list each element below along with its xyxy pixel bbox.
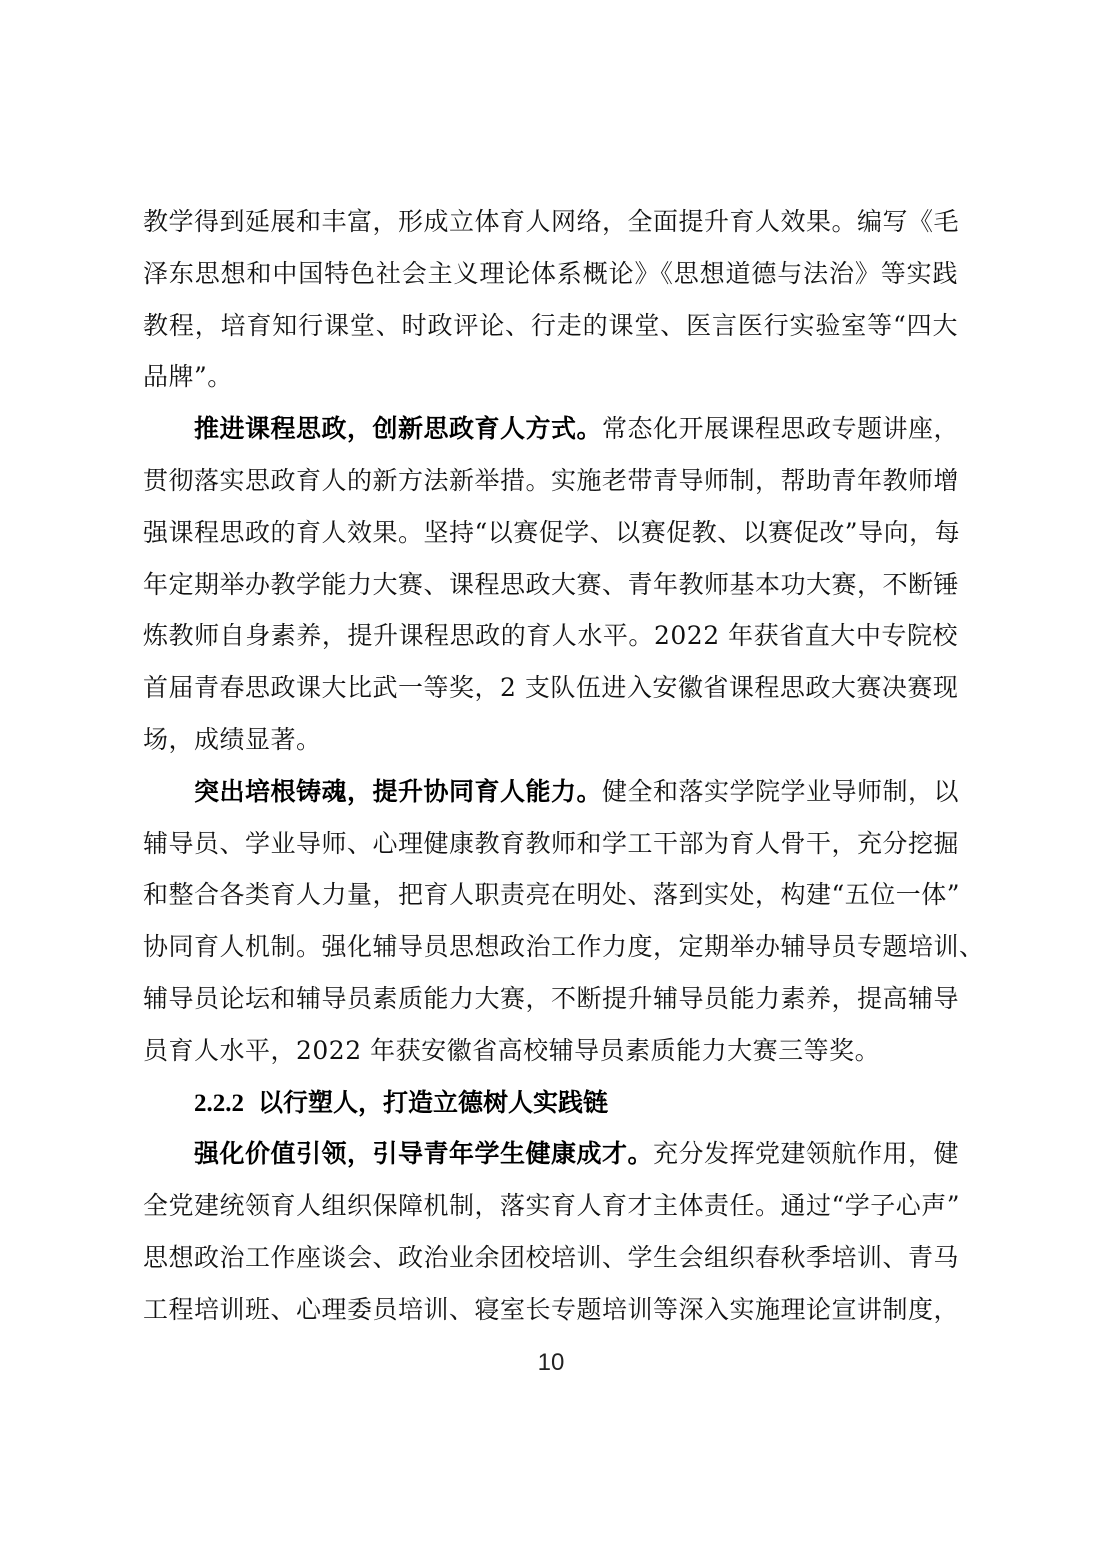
text-line: 全党建统领育人组织保障机制，落实育人育才主体责任。通过“学子心声” — [143, 1180, 958, 1232]
paragraph-value-guidance: 强化价值引领，引导青年学生健康成才。充分发挥党建领航作用，健 全党建统领育人组织… — [143, 1128, 958, 1335]
paragraph-text: 常态化开展课程思政专题讲座， — [602, 414, 959, 443]
text-line: 泽东思想和中国特色社会主义理论体系概论》《思想道德与法治》等实践 — [143, 248, 958, 300]
document-page: 教学得到延展和丰富，形成立体育人网络，全面提升育人效果。编写《毛 泽东思想和中国… — [0, 0, 1102, 1559]
text-line: 强课程思政的育人效果。坚持“以赛促学、以赛促教、以赛促改”导向，每 — [143, 507, 958, 559]
text-line: 辅导员论坛和辅导员素质能力大赛，不断提升辅导员能力素养，提高辅导 — [143, 973, 958, 1025]
text-line: 工程培训班、心理委员培训、寝室长专题培训等深入实施理论宣讲制度， — [143, 1284, 958, 1336]
section-number: 2.2.2 — [194, 1090, 244, 1117]
body-text: 教学得到延展和丰富，形成立体育人网络，全面提升育人效果。编写《毛 泽东思想和中国… — [143, 196, 958, 1336]
text-line: 教程，培育知行课堂、时政评论、行走的课堂、医言医行实验室等“四大 — [143, 300, 958, 352]
paragraph-text: 充分发挥党建领航作用，健 — [653, 1139, 959, 1168]
text-line: 突出培根铸魂，提升协同育人能力。健全和落实学院学业导师制，以 — [143, 766, 958, 818]
paragraph-lead: 突出培根铸魂，提升协同育人能力。 — [194, 777, 602, 806]
text-line: 辅导员、学业导师、心理健康教育教师和学工干部为育人骨干，充分挖掘 — [143, 818, 958, 870]
text-line: 推进课程思政，创新思政育人方式。常态化开展课程思政专题讲座， — [143, 403, 958, 455]
text-line: 首届青春思政课大比武一等奖，2 支队伍进入安徽省课程思政大赛决赛现 — [143, 662, 958, 714]
section-heading: 2.2.2以行塑人，打造立德树人实践链 — [143, 1077, 958, 1129]
paragraph-collaborative-education: 突出培根铸魂，提升协同育人能力。健全和落实学院学业导师制，以 辅导员、学业导师、… — [143, 766, 958, 1077]
text-line: 协同育人机制。强化辅导员思想政治工作力度，定期举办辅导员专题培训、 — [143, 921, 958, 973]
page-number: 10 — [0, 1346, 1102, 1380]
text-line: 炼教师自身素养，提升课程思政的育人水平。2022 年获省直大中专院校 — [143, 610, 958, 662]
text-line: 和整合各类育人力量，把育人职责亮在明处、落到实处，构建“五位一体” — [143, 869, 958, 921]
paragraph-lead: 强化价值引领，引导青年学生健康成才。 — [194, 1139, 653, 1168]
paragraph-course-ideology: 推进课程思政，创新思政育人方式。常态化开展课程思政专题讲座， 贯彻落实思政育人的… — [143, 403, 958, 766]
text-line: 思想政治工作座谈会、政治业余团校培训、学生会组织春秋季培训、青马 — [143, 1232, 958, 1284]
text-line: 品牌”。 — [143, 351, 958, 403]
text-line: 员育人水平，2022 年获安徽省高校辅导员素质能力大赛三等奖。 — [143, 1025, 958, 1077]
paragraph-lead: 推进课程思政，创新思政育人方式。 — [194, 414, 602, 443]
text-line: 贯彻落实思政育人的新方法新举措。实施老带青导师制，帮助青年教师增 — [143, 455, 958, 507]
paragraph-continued: 教学得到延展和丰富，形成立体育人网络，全面提升育人效果。编写《毛 泽东思想和中国… — [143, 196, 958, 403]
section-title: 以行塑人，打造立德树人实践链 — [258, 1088, 608, 1117]
text-line: 年定期举办教学能力大赛、课程思政大赛、青年教师基本功大赛，不断锤 — [143, 559, 958, 611]
text-line: 教学得到延展和丰富，形成立体育人网络，全面提升育人效果。编写《毛 — [143, 196, 958, 248]
paragraph-text: 健全和落实学院学业导师制，以 — [602, 777, 959, 806]
text-line: 场，成绩显著。 — [143, 714, 958, 766]
text-line: 强化价值引领，引导青年学生健康成才。充分发挥党建领航作用，健 — [143, 1128, 958, 1180]
